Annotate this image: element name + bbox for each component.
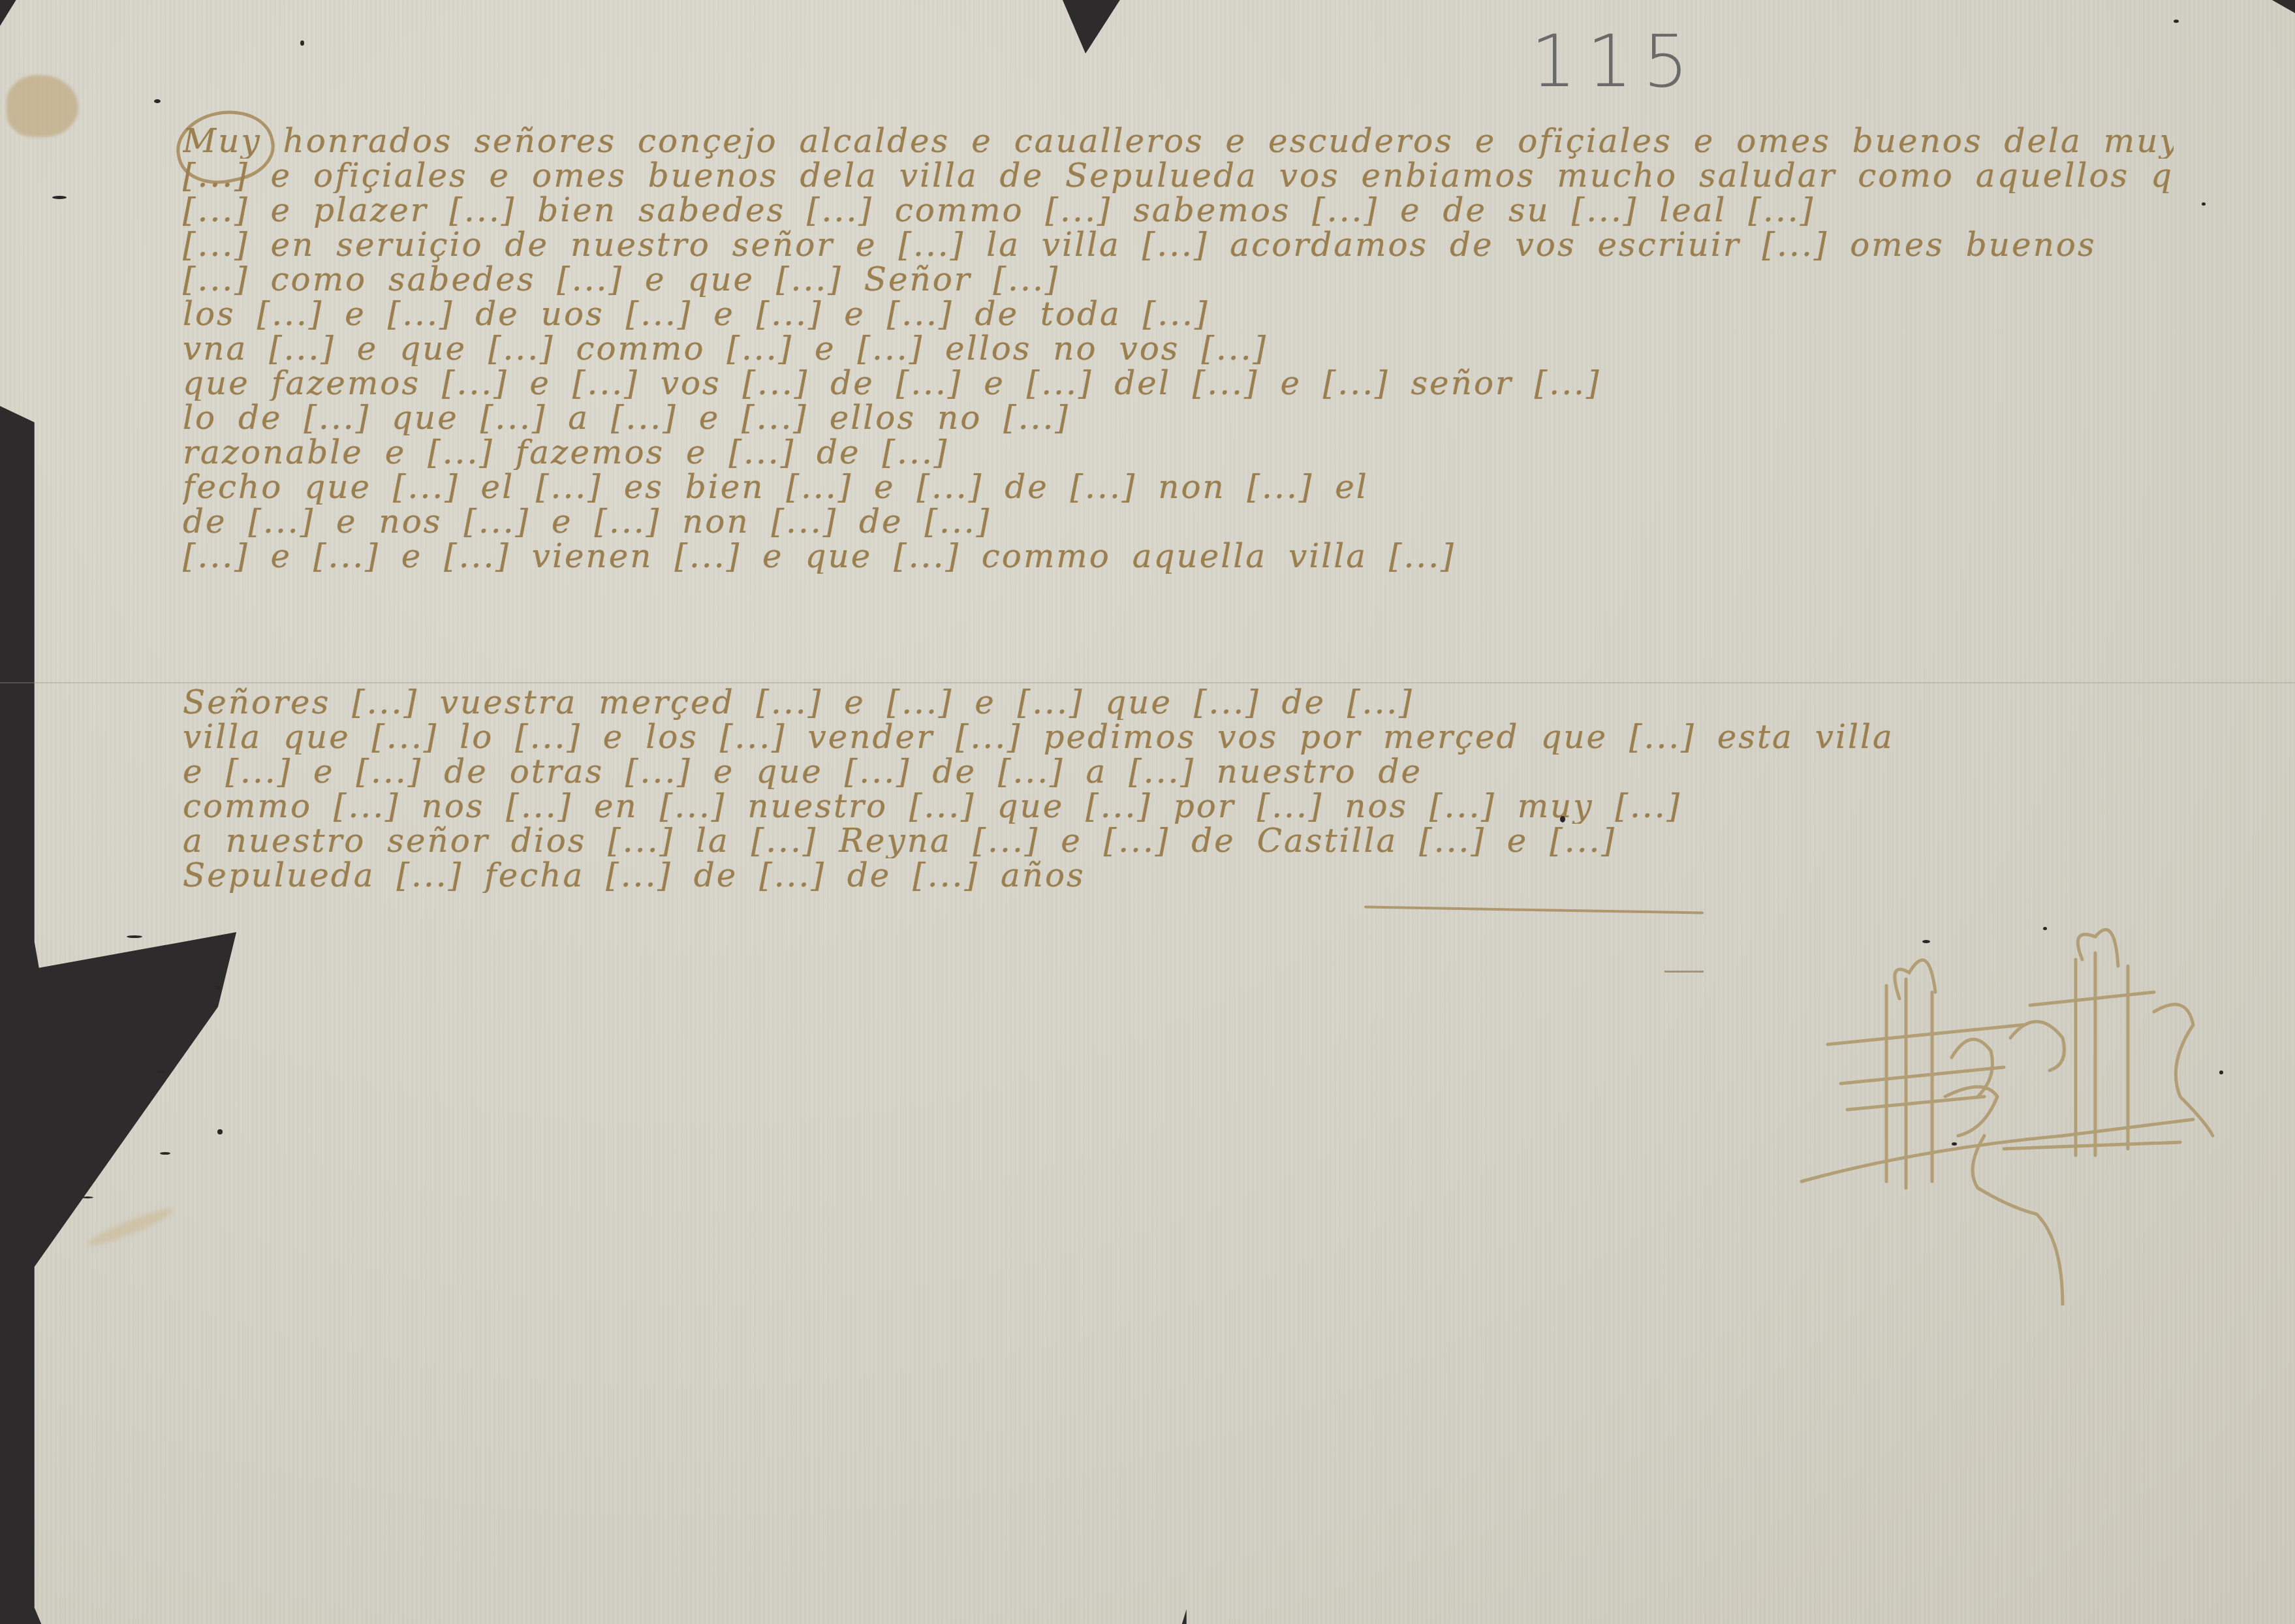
text-line: [...] e plazer [...] bien sabedes [...] … bbox=[183, 193, 2174, 228]
text-line: [...] como sabedes [...] e que [...] Señ… bbox=[183, 262, 2174, 297]
water-stain bbox=[7, 75, 78, 137]
folio-number: 115 bbox=[1531, 20, 1699, 103]
text-line: de [...] e nos [...] e [...] non [...] d… bbox=[183, 505, 2174, 539]
text-line: commo [...] nos [...] en [...] nuestro [… bbox=[183, 789, 2174, 824]
text-line: Señores [...] vuestra merçed [...] e [..… bbox=[183, 685, 2174, 720]
text-line: villa que [...] lo [...] e los [...] ven… bbox=[183, 720, 2174, 755]
paper-fold-line bbox=[0, 682, 2295, 683]
text-line: razonable e [...] fazemos e [...] de [..… bbox=[183, 435, 2174, 470]
text-line: a nuestro señor dios [...] la [...] Reyn… bbox=[183, 824, 2174, 858]
paragraph-2: Señores [...] vuestra merçed [...] e [..… bbox=[183, 685, 2174, 893]
text-line: [...] e [...] e [...] vienen [...] e que… bbox=[183, 539, 2174, 574]
signature-rubric bbox=[1788, 901, 2232, 1305]
text-line: e [...] e [...] de otras [...] e que [..… bbox=[183, 755, 2174, 789]
text-line: fecho que [...] el [...] es bien [...] e… bbox=[183, 470, 2174, 505]
text-line: [...] e ofiçiales e omes buenos dela vil… bbox=[183, 159, 2174, 193]
text-line: los [...] e [...] de uos [...] e [...] e… bbox=[183, 297, 2174, 332]
text-line: vna [...] e que [...] commo [...] e [...… bbox=[183, 332, 2174, 366]
text-line: Sepulueda [...] fecha [...] de [...] de … bbox=[183, 858, 2174, 893]
text-line: Muy honrados señores conçejo alcaldes e … bbox=[183, 124, 2174, 159]
text-line: que fazemos [...] e [...] vos [...] de [… bbox=[183, 366, 2174, 401]
text-line: lo de [...] que [...] a [...] e [...] el… bbox=[183, 401, 2174, 435]
pen-dash bbox=[1664, 971, 1704, 973]
text-line: [...] en seruiçio de nuestro señor e [..… bbox=[183, 228, 2174, 262]
paragraph-1: Muy honrados señores conçejo alcaldes e … bbox=[183, 124, 2174, 574]
